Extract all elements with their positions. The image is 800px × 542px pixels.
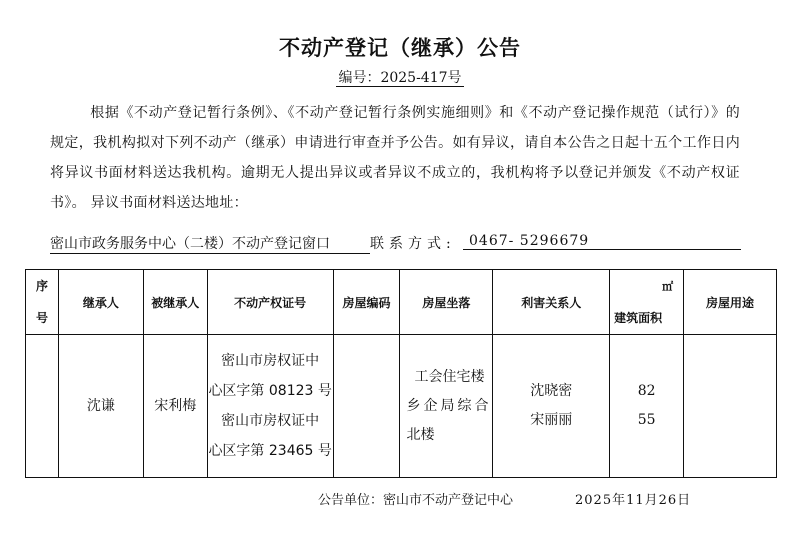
contact-phone: 0467- 5296679 (463, 233, 741, 250)
address-contact-row: 密山市政务服务中心（二楼）不动产登记窗口 联系方式: 0467- 5296679 (50, 233, 740, 255)
header-decedent: 被继承人 (143, 270, 207, 335)
contact-label: 联系方式: (370, 233, 456, 253)
header-area: ㎡建筑面积 (610, 270, 684, 335)
cell-usage (684, 335, 777, 478)
header-cert-no: 不动产权证号 (207, 270, 333, 335)
area-label: 建筑面积 (614, 309, 662, 326)
document-number-text: 编号：2025-417号 (336, 70, 463, 87)
header-heir: 继承人 (58, 270, 143, 335)
header-usage: 房屋用途 (684, 270, 777, 335)
notice-title: 不动产登记（继承）公告 (0, 32, 800, 62)
cell-location: 工会住宅楼 乡企局综合 北楼 (400, 335, 493, 478)
header-house-code: 房屋编码 (333, 270, 400, 335)
area-unit: ㎡ (662, 278, 673, 294)
notice-paragraph-text: 根据《不动产登记暂行条例》、《不动产登记暂行条例实施细则》和《不动产登记操作规范… (50, 105, 740, 211)
objection-address: 密山市政务服务中心（二楼）不动产登记窗口 (50, 233, 370, 254)
issuing-unit: 公告单位：密山市不动产登记中心 (318, 489, 513, 508)
document-number: 编号：2025-417号 (0, 67, 800, 87)
header-location: 房屋坐落 (400, 270, 493, 335)
issue-date: 2025年11月26日 (575, 489, 691, 508)
header-seq: 序号 (26, 270, 59, 335)
cell-interested-party: 沈晓密 宋丽丽 (493, 335, 610, 478)
table-header-row: 序号 继承人 被继承人 不动产权证号 房屋编码 房屋坐落 利害关系人 ㎡建筑面积… (26, 270, 777, 335)
header-interested-party: 利害关系人 (493, 270, 610, 335)
cell-area: 82 55 (610, 335, 684, 478)
cell-cert-no: 密山市房权证中 心区字第 08123 号 密山市房权证中 心区字第 23465 … (207, 335, 333, 478)
cell-seq (26, 335, 59, 478)
notice-paragraph: 根据《不动产登记暂行条例》、《不动产登记暂行条例实施细则》和《不动产登记操作规范… (50, 98, 740, 218)
cell-house-code (333, 335, 400, 478)
inheritance-table: 序号 继承人 被继承人 不动产权证号 房屋编码 房屋坐落 利害关系人 ㎡建筑面积… (25, 269, 777, 478)
table-row: 沈谦 宋利梅 密山市房权证中 心区字第 08123 号 密山市房权证中 心区字第… (26, 335, 777, 478)
cell-heir: 沈谦 (58, 335, 143, 478)
cell-decedent: 宋利梅 (143, 335, 207, 478)
